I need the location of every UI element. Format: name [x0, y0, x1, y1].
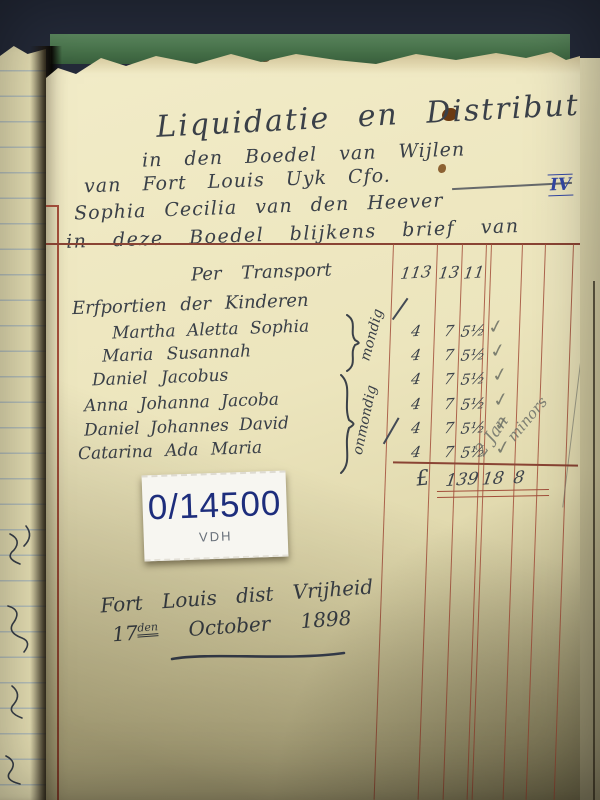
column-rule: [503, 244, 524, 800]
document-page: Liquidatie en Distributie in den Boedel …: [46, 48, 580, 800]
child-name: Catarina Ada Maria: [78, 438, 263, 464]
transport-pence: 11: [462, 262, 487, 282]
ink-stain: [438, 164, 446, 173]
header-title: Liquidatie en Distributie: [155, 86, 600, 145]
footer-day-suffix: den: [137, 621, 159, 638]
footer-date-rest: October 1898: [188, 606, 352, 641]
pencil-note-minors: minors: [503, 393, 551, 445]
child-pounds: 4: [395, 418, 436, 439]
column-rule: [554, 244, 575, 800]
header-line-2: in den Boedel van Wijlen: [142, 138, 466, 171]
child-name: Maria Susannah: [102, 341, 252, 366]
child-name: Martha Aletta Sophia: [112, 317, 310, 344]
archive-reference-number: 0/14500: [147, 486, 282, 526]
child-name: Daniel Johannes David: [84, 413, 290, 440]
transport-shillings: 13: [437, 262, 462, 282]
pencil-checkmark: ✓: [490, 363, 510, 387]
child-pence: 5½: [458, 345, 489, 365]
child-pounds: 4: [395, 321, 436, 342]
archive-code: VDH: [199, 528, 233, 544]
total-currency: £: [415, 465, 431, 490]
margin-rule-vertical: [57, 206, 59, 800]
group-dash: [392, 298, 408, 320]
total-pence: 8: [506, 467, 531, 488]
brace-minors: [338, 374, 356, 474]
child-pounds: 4: [395, 394, 436, 415]
footer-flourish: [168, 648, 348, 664]
child-name: Daniel Jacobus: [92, 366, 229, 391]
section-heading: Erfportien der Kinderen: [72, 290, 309, 319]
pencil-checkmark: ✓: [488, 339, 508, 363]
next-page-edge-line: [593, 281, 595, 800]
archive-label-sticker: 0/14500 VDH: [142, 471, 289, 562]
transport-pounds: 113: [395, 262, 436, 284]
pencil-checkmark: ✓: [486, 315, 506, 339]
total-underline: [437, 489, 549, 498]
transport-label: Per Transport: [191, 260, 332, 286]
footer-day: 17: [111, 621, 138, 647]
total-pounds: 139: [442, 469, 481, 491]
child-pence: 5½: [458, 369, 489, 389]
child-pounds: 4: [395, 345, 436, 366]
column-rule: [526, 244, 547, 800]
total-shillings: 18: [478, 468, 507, 490]
archival-photo: Liquidatie en Distributie in den Boedel …: [0, 0, 600, 800]
child-pence: 5½: [458, 394, 489, 414]
child-pounds: 4: [395, 442, 436, 463]
next-page-edge: [578, 58, 600, 800]
child-pounds: 4: [395, 369, 436, 390]
child-pence: 5½: [458, 321, 489, 341]
table-top-rule: [46, 243, 580, 245]
pencil-checkmark: ✓: [491, 388, 511, 412]
child-name: Anna Johanna Jacoba: [84, 390, 280, 417]
folio-numeral: IV: [548, 174, 574, 197]
